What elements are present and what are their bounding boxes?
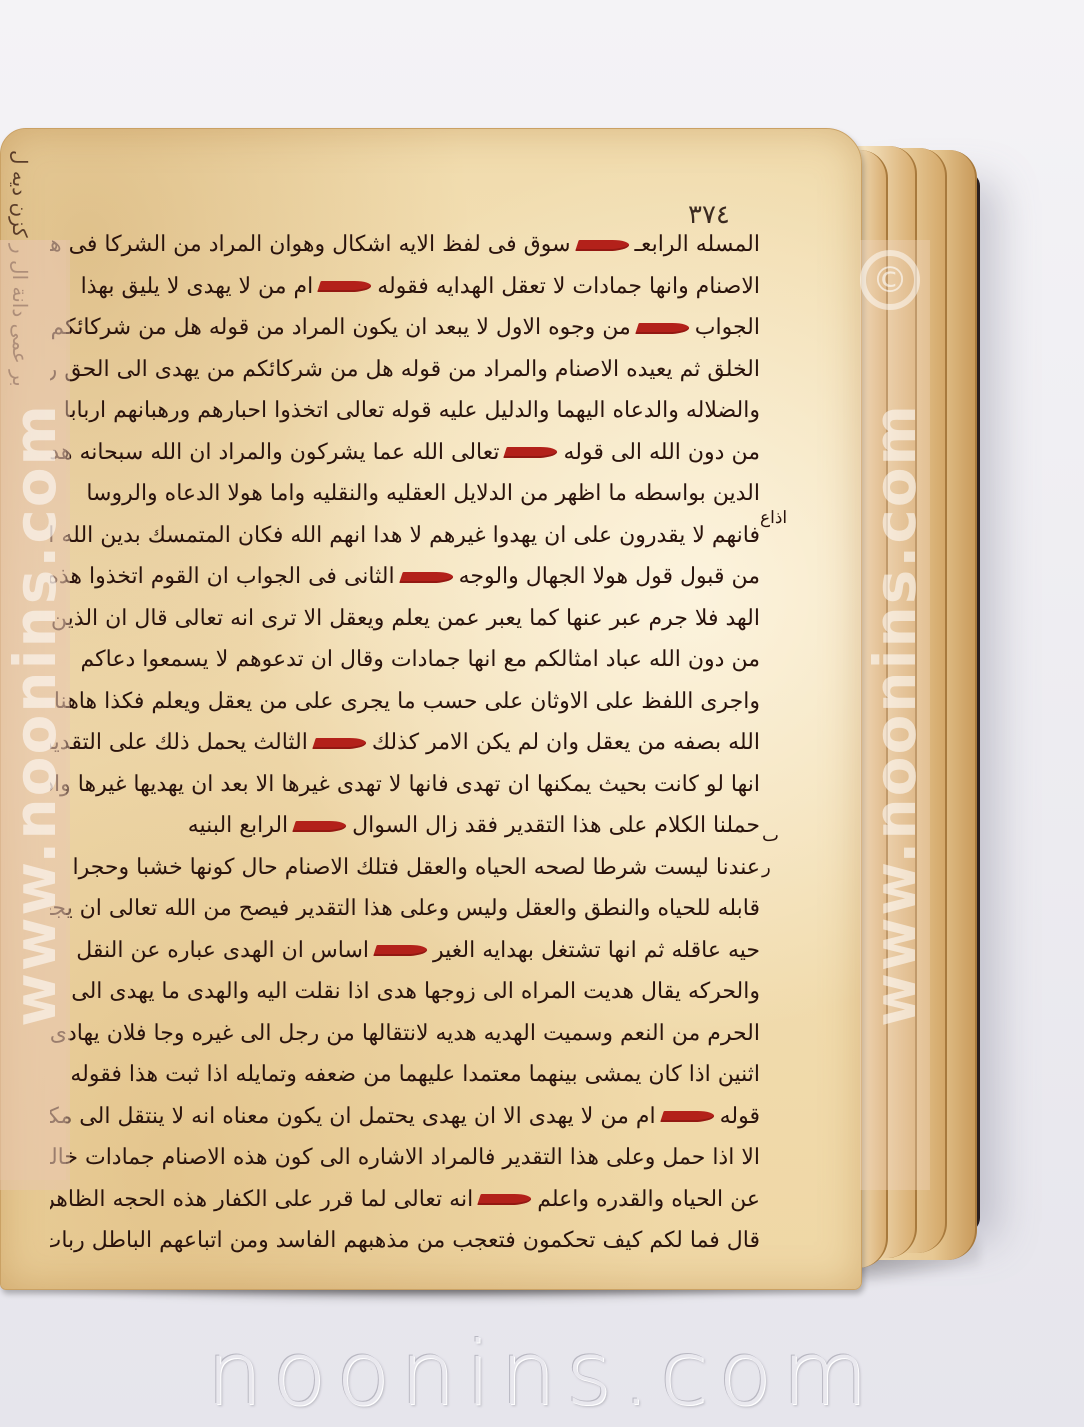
- line-text: فانهم لا يقدرون على ان يهدوا غيرهم لا هد…: [50, 523, 760, 548]
- rubric-mark: [504, 447, 560, 458]
- manuscript-line: الدين بواسطه ما اظهر من الدلايل العقليه …: [50, 473, 760, 515]
- line-text: الرابع البنيه: [188, 813, 288, 838]
- manuscript-line: الخلق ثم يعيده الاصنام والمراد من قوله ه…: [50, 349, 760, 391]
- line-text: انه تعالى لما قرر على الكفار هذه الحجه ا…: [50, 1187, 473, 1212]
- line-text: عندنا ليست شرطا لصحه الحياه والعقل فتلك …: [72, 855, 760, 880]
- line-text: من دون الله عباد امثالكم مع انها جمادات …: [81, 647, 760, 672]
- line-text: الثانى فى الجواب ان القوم اتخذوا هذه: [50, 564, 395, 589]
- line-text: ام من لا يهدى لا يليق بهذا: [81, 274, 314, 299]
- line-text: الدين بواسطه ما اظهر من الدلايل العقليه …: [86, 481, 760, 506]
- marginal-note: اذاع: [760, 508, 787, 528]
- line-text: من وجوه الاول لا يبعد ان يكون المراد من …: [50, 315, 631, 340]
- line-text: قابله للحياه والنطق والعقل وليس وعلى هذا…: [50, 896, 760, 921]
- manuscript-line: من قبول قول هولا الجهال والوجهالثانى فى …: [50, 556, 760, 598]
- watermark-vertical-left: www.noonins.com: [0, 240, 70, 1190]
- line-text: الا اذا حمل وعلى هذا التقدير فالمراد الا…: [50, 1145, 760, 1170]
- manuscript-line: المسله الرابعـسوق فى لفظ الايه اشكال وهو…: [50, 224, 760, 266]
- rubric-mark: [317, 281, 373, 292]
- manuscript-line: حملنا الكلام على هذا التقدير فقد زال الس…: [50, 805, 760, 847]
- margin-mark: ر: [762, 852, 779, 884]
- line-text: والضلاله والدعاه اليهما والدليل عليه قول…: [64, 398, 760, 423]
- rubric-mark: [312, 738, 368, 749]
- line-text: الاصنام وانها جمادات لا تعقل الهدايه فقو…: [377, 274, 760, 299]
- rubric-mark: [477, 1194, 533, 1205]
- line-text: اساس ان الهدى عباره عن النقل: [76, 938, 369, 963]
- rubric-mark: [635, 323, 691, 334]
- watermark-vertical-right: www.noonins.com: [860, 240, 930, 1190]
- manuscript-line: من دون الله عباد امثالكم مع انها جمادات …: [50, 639, 760, 681]
- line-text: حيه عاقله ثم انها تشتغل بهدايه الغير: [433, 938, 760, 963]
- manuscript-line: انها لو كانت بحيث يمكنها ان تهدى فانها ل…: [50, 764, 760, 806]
- manuscript-line: قال فما لكم كيف تحكمون فتعجب من مذهبهم ا…: [50, 1220, 760, 1262]
- manuscript-line: الاصنام وانها جمادات لا تعقل الهدايه فقو…: [50, 266, 760, 308]
- line-text: سوق فى لفظ الايه اشكال وهوان المراد من ا…: [50, 232, 571, 257]
- margin-marks: ٮ ر: [762, 820, 779, 884]
- line-text: عن الحياه والقدره واعلم: [537, 1187, 760, 1212]
- manuscript-line: الحرم من النعم وسميت الهديه هديه لانتقال…: [50, 1013, 760, 1055]
- manuscript-line: الا اذا حمل وعلى هذا التقدير فالمراد الا…: [50, 1137, 760, 1179]
- line-text: انها لو كانت بحيث يمكنها ان تهدى فانها ل…: [50, 772, 760, 797]
- line-text: الثالث يحمل ذلك على التقدير يعنى: [50, 730, 308, 755]
- line-text: حملنا الكلام على هذا التقدير فقد زال الس…: [352, 813, 760, 838]
- manuscript-line: الهد فلا جرم عبر عنها كما يعبر عمن يعلم …: [50, 598, 760, 640]
- line-text: تعالى الله عما يشركون والمراد ان الله سب…: [50, 440, 499, 465]
- manuscript-line: عندنا ليست شرطا لصحه الحياه والعقل فتلك …: [50, 847, 760, 889]
- manuscript-line: والحركه يقال هديت المراه الى زوجها هدى ا…: [50, 971, 760, 1013]
- line-text: والحركه يقال هديت المراه الى زوجها هدى ا…: [71, 979, 760, 1004]
- manuscript-text: المسله الرابعـسوق فى لفظ الايه اشكال وهو…: [50, 224, 760, 1262]
- rubric-mark: [660, 1111, 716, 1122]
- line-text: اثنين اذا كان يمشى بينهما معتمدا عليهما …: [70, 1062, 760, 1087]
- rubric-mark: [399, 572, 455, 583]
- line-text: قوله: [720, 1104, 760, 1129]
- manuscript-line: عن الحياه والقدره واعلمانه تعالى لما قرر…: [50, 1179, 760, 1221]
- footer-brand-watermark: noonins.com: [0, 1322, 1084, 1425]
- manuscript-line: قولهام من لا يهدى الا ان يهدى يحتمل ان ي…: [50, 1096, 760, 1138]
- manuscript-line: والضلاله والدعاه اليهما والدليل عليه قول…: [50, 390, 760, 432]
- watermark-text: www.noonins.com: [861, 403, 929, 1027]
- line-text: ام من لا يهدى الا ان يهدى يحتمل ان يكون …: [50, 1104, 656, 1129]
- line-text: الخلق ثم يعيده الاصنام والمراد من قوله ه…: [50, 357, 760, 382]
- manuscript-line: الله بصفه من يعقل وان لم يكن الامر كذلكا…: [50, 722, 760, 764]
- manuscript-line: واجرى اللفظ على الاوثان على حسب ما يجرى …: [50, 681, 760, 723]
- manuscript-line: اثنين اذا كان يمشى بينهما معتمدا عليهما …: [50, 1054, 760, 1096]
- line-text: الهد فلا جرم عبر عنها كما يعبر عمن يعلم …: [50, 606, 760, 631]
- margin-mark: ٮ: [762, 820, 779, 852]
- line-text: من دون الله الى قوله: [563, 440, 760, 465]
- manuscript-line: حيه عاقله ثم انها تشتغل بهدايه الغيراساس…: [50, 930, 760, 972]
- watermark-text: www.noonins.com: [1, 403, 69, 1027]
- copyright-icon: ©: [860, 250, 920, 310]
- manuscript-line: الجوابمن وجوه الاول لا يبعد ان يكون المر…: [50, 307, 760, 349]
- line-text: الجواب: [695, 315, 760, 340]
- rubric-mark: [373, 945, 429, 956]
- rubric-mark: [575, 240, 631, 251]
- line-text: قال فما لكم كيف تحكمون فتعجب من مذهبهم ا…: [50, 1228, 760, 1253]
- manuscript-line: فانهم لا يقدرون على ان يهدوا غيرهم لا هد…: [50, 515, 760, 557]
- line-text: المسله الرابعـ: [635, 232, 760, 257]
- line-text: الله بصفه من يعقل وان لم يكن الامر كذلك: [372, 730, 760, 755]
- line-text: من قبول قول هولا الجهال والوجه: [459, 564, 760, 589]
- manuscript-line: من دون الله الى قولهتعالى الله عما يشركو…: [50, 432, 760, 474]
- line-text: واجرى اللفظ على الاوثان على حسب ما يجرى …: [50, 689, 760, 714]
- manuscript-line: قابله للحياه والنطق والعقل وليس وعلى هذا…: [50, 888, 760, 930]
- photo-stage: ٮعر ٮد م ٮ ٮ بر عمى دانة ال ر كزن ديه ل …: [0, 0, 1084, 1427]
- line-text: الحرم من النعم وسميت الهديه هديه لانتقال…: [50, 1021, 760, 1046]
- rubric-mark: [292, 821, 348, 832]
